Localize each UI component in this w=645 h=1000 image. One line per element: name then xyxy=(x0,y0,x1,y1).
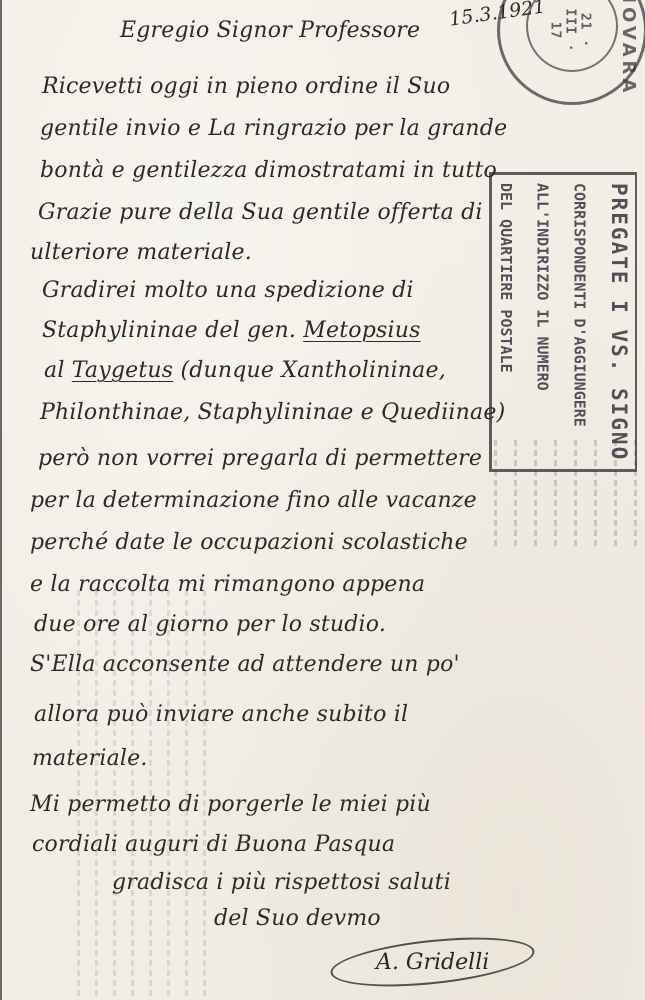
letter-line: gentile invio e La ringrazio per la gran… xyxy=(40,116,507,141)
letter-line: per la determinazione fino alle vacanze xyxy=(30,488,477,513)
letter-line: Ricevetti oggi in pieno ordine il Suo xyxy=(42,74,450,99)
letter-line: S'Ella acconsente ad attendere un po' xyxy=(30,652,460,677)
letter-line: Philonthinae, Staphylininae e Quediinae) xyxy=(40,400,505,425)
letter-line: ulteriore materiale. xyxy=(30,240,252,265)
letter-line: Grazie pure della Sua gentile offerta di xyxy=(38,200,483,225)
letter-line: Mi permetto di porgerle le miei più xyxy=(30,792,431,817)
letter-line: al Taygetus (dunque Xantholininae, xyxy=(44,358,446,383)
letter-line: bontà e gentilezza dimostratami in tutto xyxy=(40,158,497,183)
letter-line: materiale. xyxy=(32,746,148,771)
postcard: 21 · III · 17 NOVARA PREGATE I VS. SIGNO… xyxy=(0,0,645,1000)
letter-line: e la raccolta mi rimangono appena xyxy=(30,572,425,597)
letter-line: cordiali auguri di Buona Pasqua xyxy=(32,832,395,857)
letter-line: Gradirei molto una spedizione di xyxy=(42,278,414,303)
postmark-town: NOVARA xyxy=(618,0,639,96)
slogan-line-3: ALL'INDIRIZZO IL NUMERO xyxy=(535,183,550,461)
letter-line: Staphylininae del gen. Metopsius xyxy=(42,318,421,343)
closing-line: del Suo devmo xyxy=(214,906,381,931)
letter-line: perché date le occupazioni scolastiche xyxy=(30,530,468,555)
signature: A. Gridelli xyxy=(328,929,536,994)
postmark-date: 21 · III · 17 xyxy=(548,1,593,61)
slogan-line-2: CORRISPONDENTI D'AGGIUNGERE xyxy=(571,183,586,461)
slogan-line-1: PREGATE I VS. SIGNORI xyxy=(608,183,629,461)
closing-line: gradisca i più rispettosi saluti xyxy=(112,870,451,895)
slogan-cancel-box: PREGATE I VS. SIGNORI CORRISPONDENTI D'A… xyxy=(489,172,637,472)
salutation: Egregio Signor Professore xyxy=(120,18,420,43)
letter-line: due ore al giorno per lo studio. xyxy=(34,612,386,637)
letter-line: però non vorrei pregarla di permettere xyxy=(38,446,482,471)
signature-text: A. Gridelli xyxy=(376,950,489,975)
letter-line: allora può inviare anche subito il xyxy=(34,702,408,727)
